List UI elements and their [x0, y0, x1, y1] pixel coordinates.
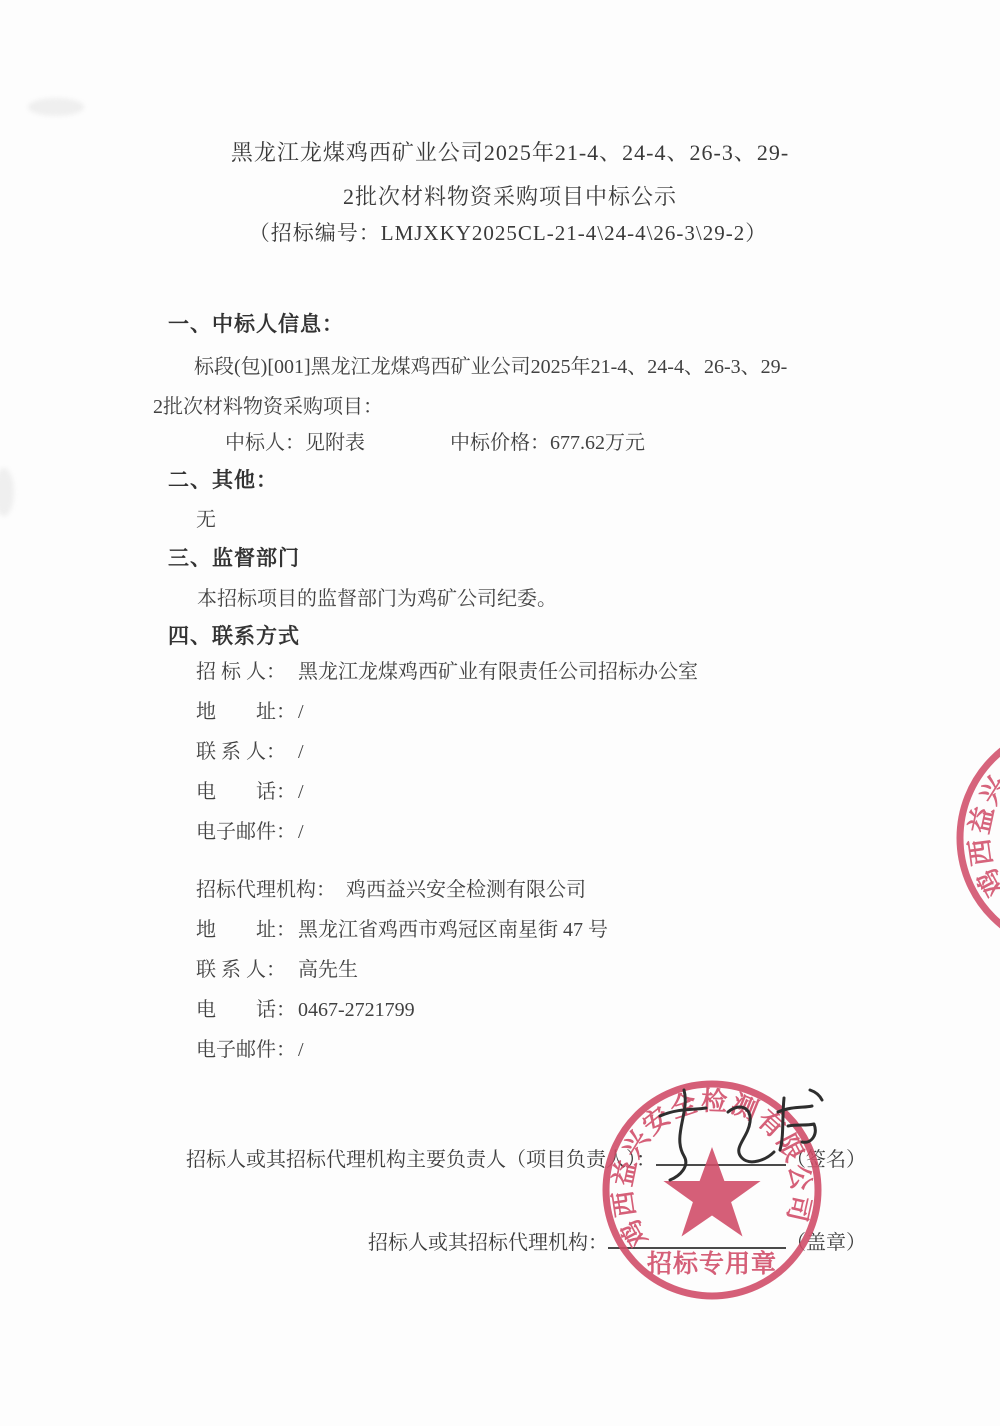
agency-phone-value: 0467-2721799 — [298, 999, 415, 1021]
tenderer-address-value: / — [298, 701, 304, 723]
agency-contact-block: 招标代理机构：鸡西益兴安全检测有限公司 地 址：黑龙江省鸡西市鸡冠区南星街 47… — [196, 870, 608, 1070]
seal-line-label: 招标人或其招标代理机构： — [368, 1232, 608, 1254]
agency-name-value: 鸡西益兴安全检测有限公司 — [346, 879, 586, 901]
handwritten-signature — [632, 1078, 842, 1196]
section4-heading: 四、联系方式 — [168, 620, 300, 650]
price-value: 677.62万元 — [550, 432, 645, 454]
winner-value: 见附表 — [305, 432, 365, 454]
agency-row-email: 电子邮件：/ — [196, 1030, 608, 1070]
scan-smudge — [28, 98, 84, 116]
tenderer-address-label: 地 址： — [196, 692, 298, 732]
section2-heading: 二、其他： — [168, 464, 278, 494]
winner-field: 中标人：见附表 — [225, 426, 365, 455]
winner-label: 中标人： — [225, 432, 305, 454]
agency-row-contact: 联 系 人：高先生 — [196, 950, 608, 990]
agency-row-name: 招标代理机构：鸡西益兴安全检测有限公司 — [196, 870, 608, 910]
tenderer-phone-value: / — [298, 781, 304, 803]
agency-row-phone: 电 话：0467-2721799 — [196, 990, 608, 1030]
agency-name-label: 招标代理机构： — [196, 870, 336, 910]
agency-row-address: 地 址：黑龙江省鸡西市鸡冠区南星街 47 号 — [196, 910, 608, 950]
agency-email-label: 电子邮件： — [196, 1030, 298, 1070]
document-page: 黑龙江龙煤鸡西矿业公司2025年21-4、24-4、26-3、29- 2批次材料… — [0, 0, 1000, 1426]
tenderer-name-value: 黑龙江龙煤鸡西矿业有限责任公司招标办公室 — [298, 661, 698, 683]
tenderer-row-email: 电子邮件：/ — [196, 812, 698, 852]
tenderer-row-contact: 联 系 人：/ — [196, 732, 698, 772]
scan-smudge — [0, 468, 14, 516]
price-field: 中标价格：677.62万元 — [450, 426, 645, 455]
seal-caption-text: 招标专用章 — [647, 1249, 777, 1278]
document-title-line1: 黑龙江龙煤鸡西矿业公司2025年21-4、24-4、26-3、29- — [10, 136, 1000, 167]
section3-content: 本招标项目的监督部门为鸡矿公司纪委。 — [197, 582, 557, 611]
document-title-line2: 2批次材料物资采购项目中标公示 — [10, 180, 1000, 211]
agency-contact-value: 高先生 — [298, 959, 358, 981]
agency-email-value: / — [298, 1039, 304, 1061]
section1-paragraph-line2: 2批次材料物资采购项目： — [153, 390, 383, 419]
tenderer-email-value: / — [298, 821, 304, 843]
tenderer-row-name: 招 标 人：黑龙江龙煤鸡西矿业有限责任公司招标办公室 — [196, 652, 698, 692]
tender-number-line: （招标编号：LMJXKY2025CL-21-4\24-4\26-3\29-2） — [8, 217, 1000, 247]
agency-address-label: 地 址： — [196, 910, 298, 950]
signature-line-label: 招标人或其招标代理机构主要负责人（项目负责人）： — [186, 1149, 656, 1171]
tenderer-phone-label: 电 话： — [196, 772, 298, 812]
tenderer-contact-block: 招 标 人：黑龙江龙煤鸡西矿业有限责任公司招标办公室 地 址：/ 联 系 人：/… — [196, 652, 698, 852]
agency-phone-label: 电 话： — [196, 990, 298, 1030]
section1-paragraph-line1: 标段(包)[001]黑龙江龙煤鸡西矿业公司2025年21-4、24-4、26-3… — [194, 350, 787, 379]
price-label: 中标价格： — [450, 432, 550, 454]
agency-address-value: 黑龙江省鸡西市鸡冠区南星街 47 号 — [298, 919, 608, 941]
section1-heading: 一、中标人信息： — [168, 308, 344, 338]
tenderer-row-phone: 电 话：/ — [196, 772, 698, 812]
agency-contact-label: 联 系 人： — [196, 950, 298, 990]
tenderer-row-address: 地 址：/ — [196, 692, 698, 732]
tenderer-contact-value: / — [298, 741, 304, 763]
tenderer-email-label: 电子邮件： — [196, 812, 298, 852]
tenderer-name-label: 招 标 人： — [196, 652, 298, 692]
partial-edge-seal: 鸡西益兴安全检测有限公司 — [952, 718, 1000, 958]
tenderer-contact-label: 联 系 人： — [196, 732, 298, 772]
section3-heading: 三、监督部门 — [168, 542, 300, 572]
section2-content: 无 — [196, 503, 216, 532]
